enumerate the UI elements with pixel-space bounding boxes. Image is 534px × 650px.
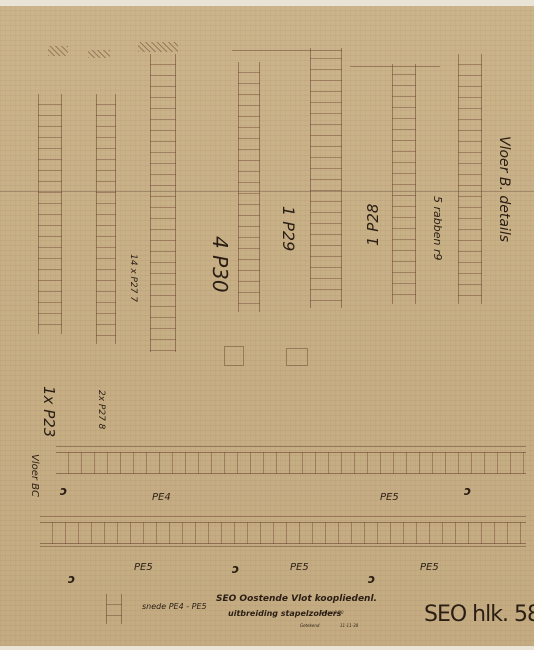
column-p28 bbox=[392, 64, 416, 304]
drawing-sheet: 1x P23 2x P27 8 14 x P27 7 4 P30 1 P29 1… bbox=[0, 6, 534, 646]
column-p29 bbox=[310, 48, 342, 308]
title-scale: Schaal 1/20 bbox=[320, 610, 344, 615]
section-note: snede PE4 - PE5 bbox=[142, 602, 207, 611]
column-p27-8 bbox=[96, 94, 116, 344]
c-bracket-marker-3: ɔ bbox=[68, 572, 75, 586]
c-bracket-marker-5: ɔ bbox=[232, 562, 239, 576]
label-p29: 1 P29 bbox=[279, 206, 298, 251]
label-pe5-a: PE5 bbox=[380, 492, 399, 503]
label-p23: 1x P23 bbox=[40, 386, 58, 437]
column-p27-7 bbox=[150, 54, 176, 352]
beam-pe4-upper bbox=[56, 452, 526, 474]
detail-box-2 bbox=[286, 348, 308, 366]
label-p28: 1 P28 bbox=[364, 204, 382, 246]
title-date: 11-11-38 bbox=[340, 623, 358, 628]
column-p30 bbox=[238, 62, 260, 312]
dim-line-1 bbox=[232, 50, 342, 51]
fold-line bbox=[0, 191, 534, 192]
hatched-slab-2 bbox=[48, 46, 68, 56]
upper-section-title: Vloer B. details bbox=[496, 136, 512, 242]
section-detail bbox=[106, 594, 122, 624]
c-bracket-marker-2: ɔ bbox=[464, 484, 471, 498]
label-pe5-c: PE5 bbox=[290, 562, 309, 573]
beam-pe5-lower bbox=[40, 522, 526, 544]
title-drawn-by: Getekend bbox=[300, 623, 319, 628]
label-p27-7: 14 x P27 7 bbox=[128, 254, 138, 302]
hatched-slab-3 bbox=[88, 50, 110, 58]
sheet-id: SEO hlk. 58 bbox=[424, 602, 534, 627]
title-line-1: SEO Oostende Vlot koopliedenl. bbox=[216, 594, 377, 604]
detail-box-1 bbox=[224, 346, 244, 366]
label-p30: 4 P30 bbox=[208, 236, 232, 293]
column-p9 bbox=[458, 54, 482, 304]
lower-section-title: Vloer BC bbox=[29, 454, 40, 497]
label-p27-8: 2x P27 8 bbox=[96, 390, 106, 429]
beam-pe4-top-line bbox=[56, 446, 526, 447]
label-pe5-d: PE5 bbox=[420, 562, 439, 573]
c-bracket-marker-1: ɔ bbox=[60, 484, 67, 498]
hatched-slab-1 bbox=[138, 42, 178, 52]
beam-pe5-top-line bbox=[40, 516, 526, 517]
c-bracket-marker-4: ɔ bbox=[368, 572, 375, 586]
label-p9: 5 rabben r9 bbox=[431, 196, 444, 260]
label-pe5-b: PE5 bbox=[134, 562, 153, 573]
label-pe4: PE4 bbox=[152, 492, 171, 503]
column-p23 bbox=[38, 94, 62, 334]
dim-line-2 bbox=[350, 66, 440, 67]
beam-pe5-bottom-line bbox=[40, 546, 526, 547]
